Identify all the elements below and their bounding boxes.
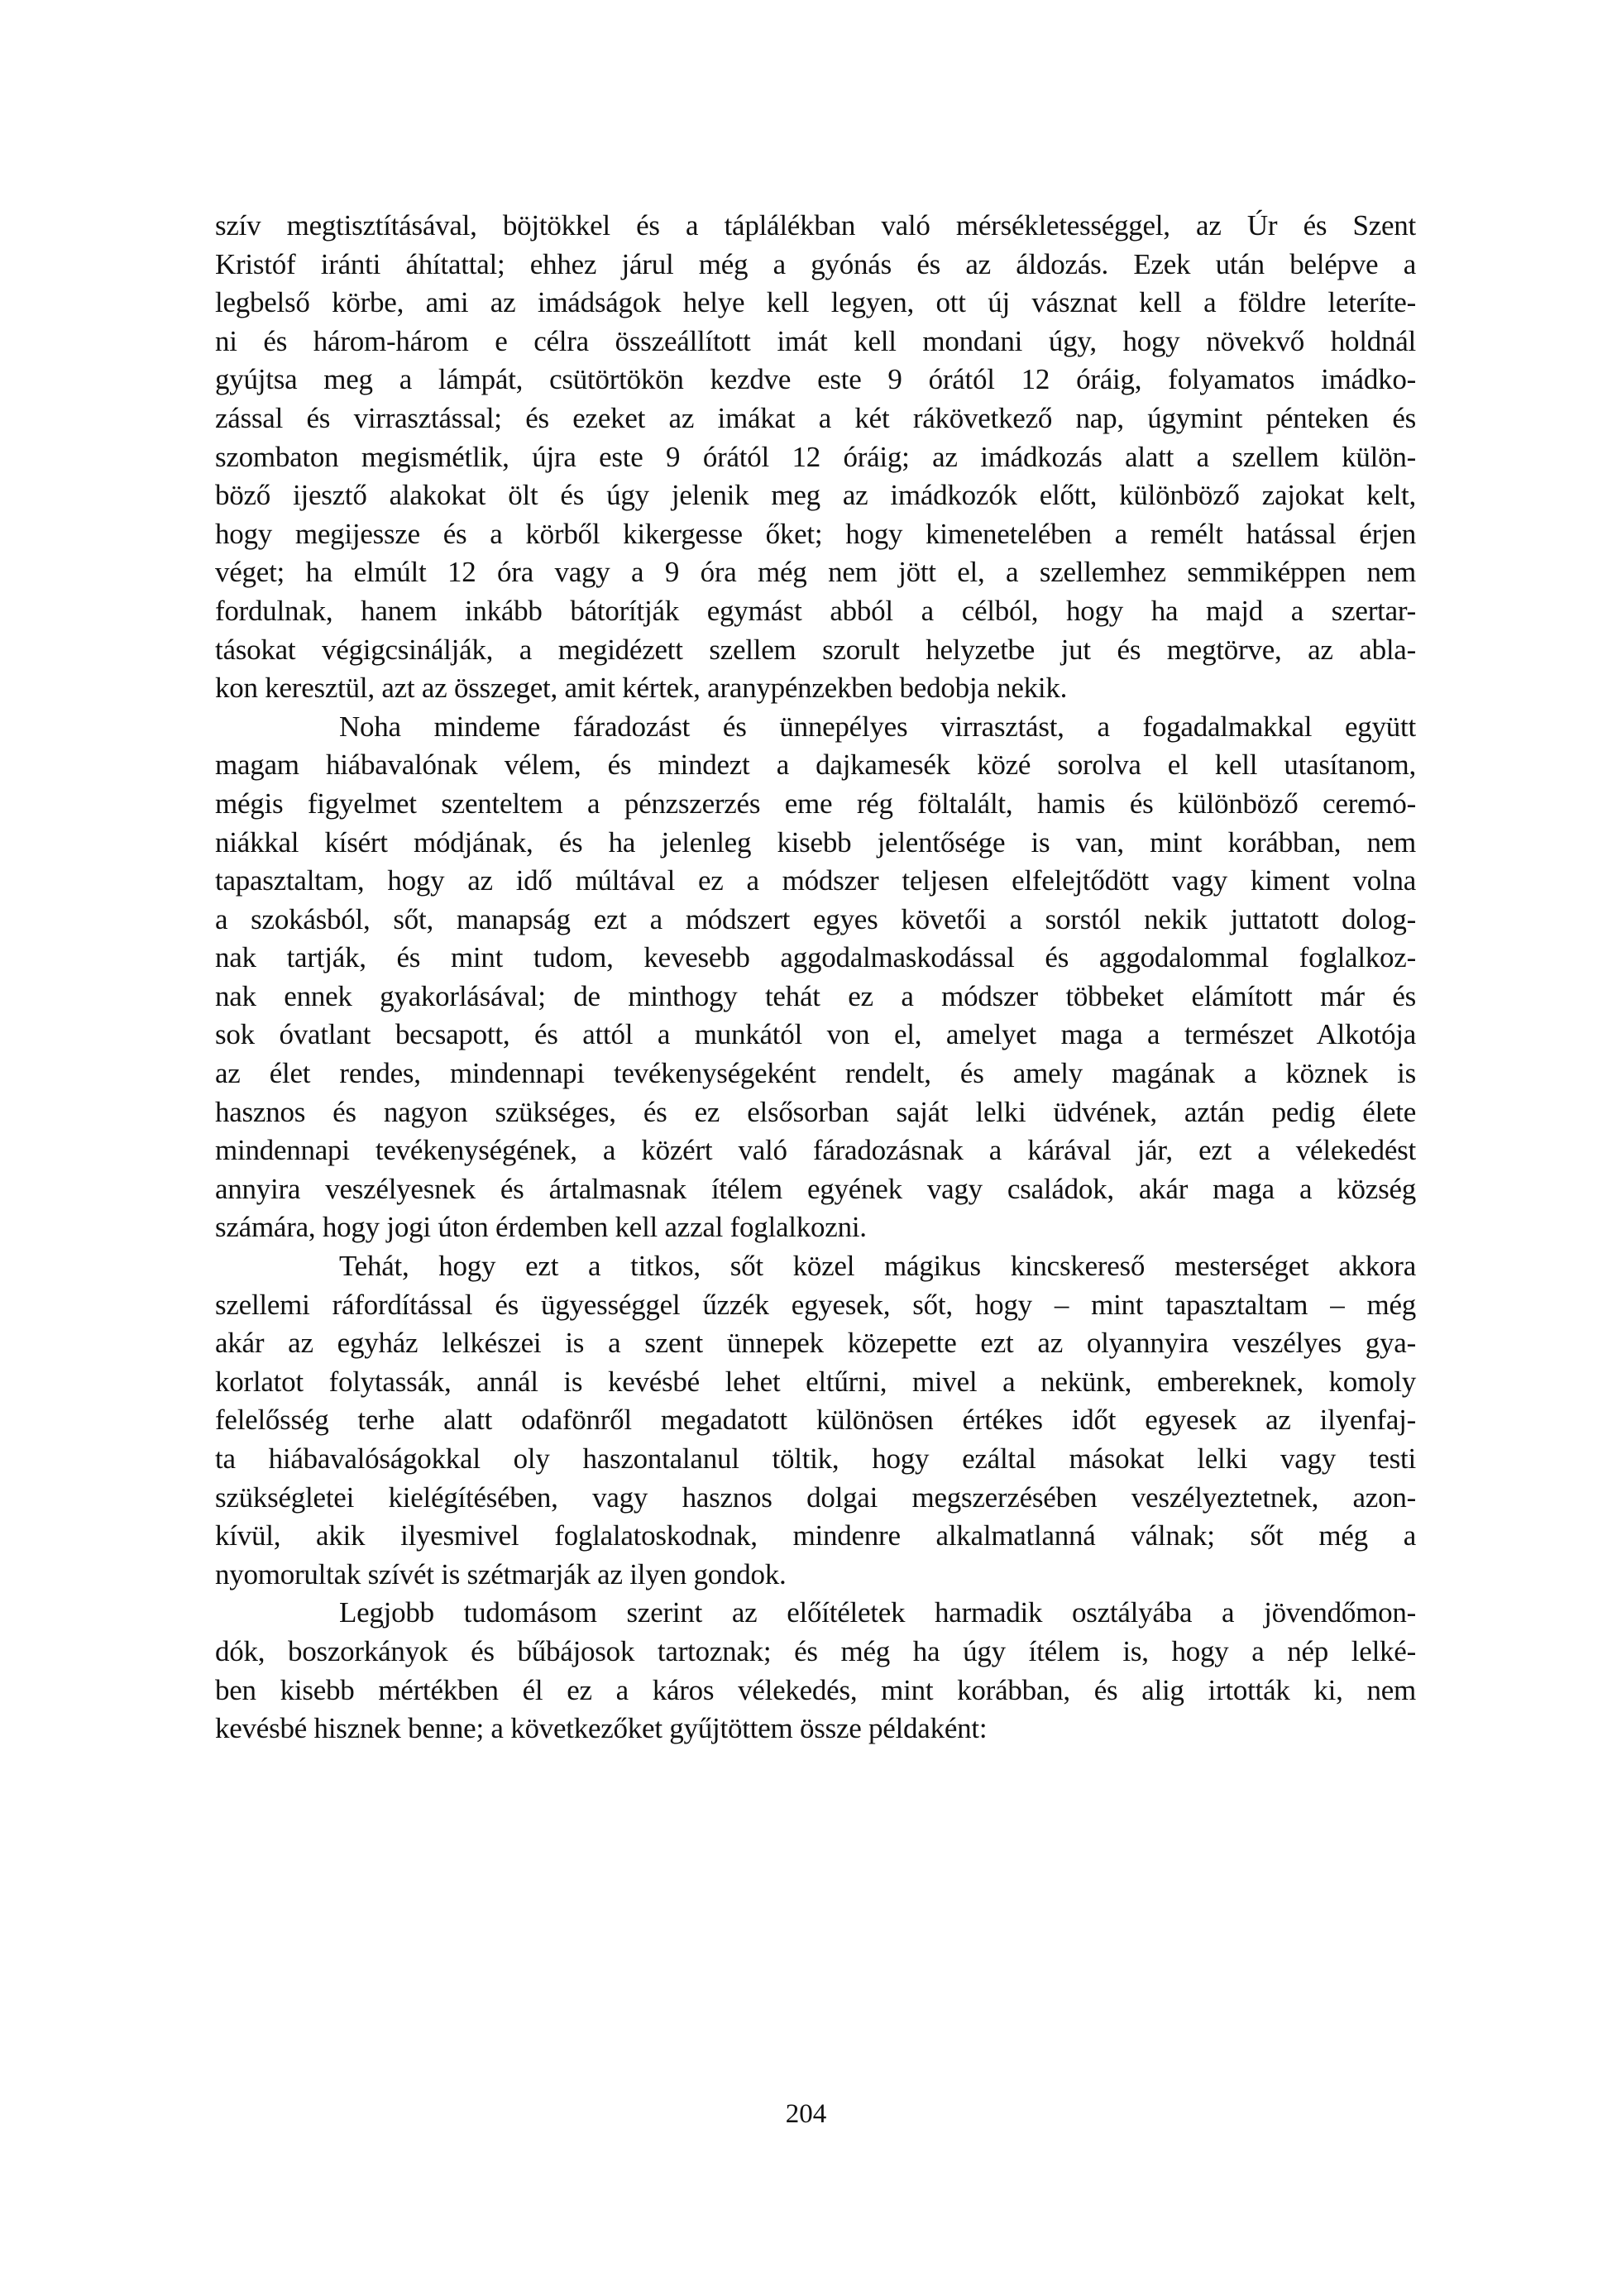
text-line: böző ijesztő alakokat ölt és úgy jelenik…: [215, 476, 1416, 515]
text-line: annyira veszélyesnek és ártalmasnak ítél…: [215, 1170, 1416, 1209]
text-line: gyújtsa meg a lámpát, csütörtökön kezdve…: [215, 361, 1416, 399]
text-line: ni és három-három e célra összeállított …: [215, 323, 1416, 361]
text-line: felelősség terhe alatt odafönről megadat…: [215, 1401, 1416, 1440]
text-line: kívül, akik ilyesmivel foglalatoskodnak,…: [215, 1517, 1416, 1556]
text-line: véget; ha elmúlt 12 óra vagy a 9 óra még…: [215, 553, 1416, 592]
text-line: szív megtisztításával, böjtökkel és a tá…: [215, 207, 1416, 246]
text-line: Legjobb tudomásom szerint az előítéletek…: [215, 1594, 1416, 1633]
text-line: ben kisebb mértékben él ez a káros vélek…: [215, 1672, 1416, 1710]
text-line: nak ennek gyakorlásával; de minthogy teh…: [215, 978, 1416, 1016]
text-line: fordulnak, hanem inkább bátorítják egymá…: [215, 592, 1416, 631]
paragraph: Tehát, hogy ezt a titkos, sőt közel mági…: [215, 1247, 1416, 1594]
text-line: dók, boszorkányok és bűbájosok tartoznak…: [215, 1633, 1416, 1672]
body-text: szív megtisztításával, böjtökkel és a tá…: [215, 207, 1416, 1748]
text-line: zással és virrasztással; és ezeket az im…: [215, 399, 1416, 438]
text-line: nak tartják, és mint tudom, kevesebb agg…: [215, 939, 1416, 978]
page-number: 204: [0, 2097, 1612, 2131]
text-line: korlatot folytassák, annál is kevésbé le…: [215, 1363, 1416, 1402]
paragraph: szív megtisztításával, böjtökkel és a tá…: [215, 207, 1416, 708]
text-line: akár az egyház lelkészei is a szent ünne…: [215, 1324, 1416, 1363]
document-page: szív megtisztításával, böjtökkel és a tá…: [0, 0, 1612, 2296]
text-line: tapasztaltam, hogy az idő múltával ez a …: [215, 862, 1416, 901]
text-line: a szokásból, sőt, manapság ezt a módszer…: [215, 901, 1416, 940]
text-line: ta hiábavalóságokkal oly haszontalanul t…: [215, 1440, 1416, 1479]
text-line: szükségletei kielégítésében, vagy haszno…: [215, 1479, 1416, 1518]
text-line: kon keresztül, azt az összeget, amit kér…: [215, 669, 1416, 708]
text-line: hogy megijessze és a körből kikergesse ő…: [215, 515, 1416, 554]
text-line: mindennapi tevékenységének, a közért val…: [215, 1131, 1416, 1170]
text-line: kevésbé hisznek benne; a következőket gy…: [215, 1710, 1416, 1748]
paragraph: Noha mindeme fáradozást és ünnepélyes vi…: [215, 708, 1416, 1247]
text-line: hasznos és nagyon szükséges, és ez elsős…: [215, 1093, 1416, 1132]
text-line: sok óvatlant becsapott, és attól a munká…: [215, 1016, 1416, 1055]
text-line: számára, hogy jogi úton érdemben kell az…: [215, 1208, 1416, 1247]
text-line: Kristóf iránti áhítattal; ehhez járul mé…: [215, 246, 1416, 285]
text-line: Noha mindeme fáradozást és ünnepélyes vi…: [215, 708, 1416, 747]
text-line: tásokat végigcsinálják, a megidézett sze…: [215, 631, 1416, 670]
text-line: niákkal kísért módjának, és ha jelenleg …: [215, 824, 1416, 863]
text-line: mégis figyelmet szenteltem a pénzszerzés…: [215, 785, 1416, 824]
text-line: az élet rendes, mindennapi tevékenységek…: [215, 1055, 1416, 1093]
text-line: szombaton megismétlik, újra este 9 órátó…: [215, 438, 1416, 477]
text-line: legbelső körbe, ami az imádságok helye k…: [215, 284, 1416, 323]
text-line: Tehát, hogy ezt a titkos, sőt közel mági…: [215, 1247, 1416, 1286]
text-line: szellemi ráfordítással és ügyességgel űz…: [215, 1286, 1416, 1325]
paragraph: Legjobb tudomásom szerint az előítéletek…: [215, 1594, 1416, 1748]
text-line: magam hiábavalónak vélem, és mindezt a d…: [215, 746, 1416, 785]
text-line: nyomorultak szívét is szétmarják az ilye…: [215, 1556, 1416, 1595]
